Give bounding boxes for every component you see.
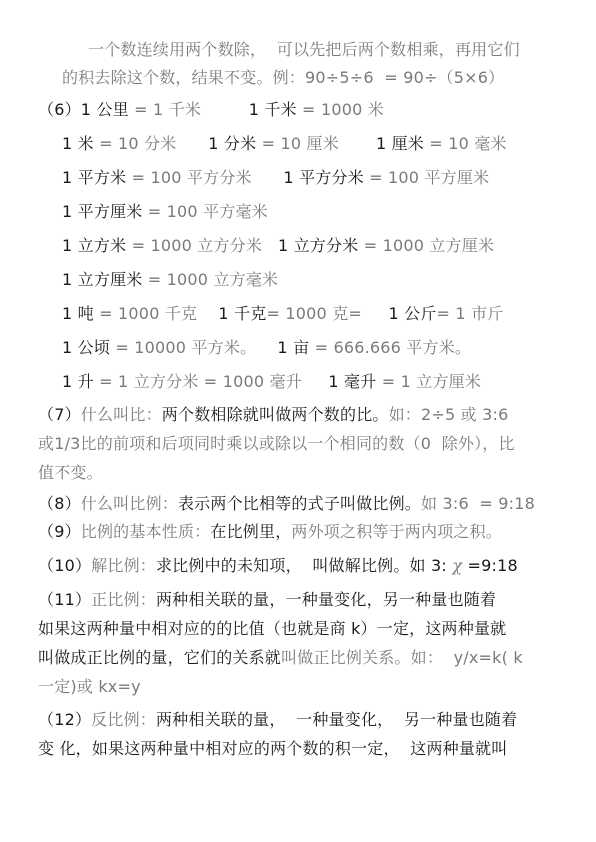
math-variable: χ	[452, 556, 462, 575]
text-emphasis: 1 升	[62, 372, 94, 391]
text-line-s6-9: 1 升 = 1 立方分米 = 1000 毫升 1 毫升 = 1 立方厘米	[62, 372, 481, 392]
text-normal: 两外项之积等于两内项之积。	[291, 522, 502, 541]
text-normal: = 100 平方分米	[126, 168, 251, 187]
text-normal: = 10 厘米	[256, 134, 339, 153]
text-line-s6-2: 1 米 = 10 分米 1 分米 = 10 厘米 1 厘米 = 10 毫米	[62, 134, 507, 154]
text-emphasis: （10）	[38, 556, 91, 575]
text-normal	[177, 134, 209, 153]
text-emphasis: 1 吨	[62, 304, 94, 323]
text-normal: 比例的基本性质：	[81, 522, 211, 541]
text-emphasis: 1 公顷	[62, 338, 110, 357]
text-emphasis: （7）	[38, 405, 81, 424]
text-normal: 什么叫比例：	[81, 494, 178, 513]
text-normal	[362, 304, 388, 323]
text-normal: 解比例：	[91, 556, 156, 575]
text-line-s12-1: （12）反比例：两种相关联的量， 一种量变化， 另一种量也随着	[38, 710, 517, 730]
text-line-s9: （9）比例的基本性质：在比例里，两外项之积等于两内项之积。	[38, 522, 502, 542]
text-emphasis: （8）	[38, 494, 81, 513]
text-normal: 值不变。	[38, 463, 103, 482]
text-emphasis: 1 立方分米	[278, 236, 358, 255]
text-normal	[201, 100, 249, 119]
text-emphasis: 1 米	[62, 134, 94, 153]
text-normal: 一定)或 kx=y	[38, 677, 141, 696]
text-normal: = 100 平方毫米	[142, 202, 267, 221]
text-emphasis: 1 立方厘米	[62, 270, 142, 289]
text-normal: 叫做正比例关系。如： y/x=k( k	[281, 648, 523, 667]
text-normal	[197, 304, 218, 323]
text-emphasis: （12）	[38, 710, 91, 729]
text-emphasis: （6）1 公里	[38, 100, 129, 119]
text-normal: 正比例：	[91, 590, 156, 609]
text-line-s11-1: （11）正比例：两种相关联的量，一种量变化，另一种量也随着	[38, 590, 496, 610]
text-line-s6-1: （6）1 公里 = 1 千米 1 千米 = 1000 米	[38, 100, 384, 120]
text-emphasis: 求比例中的未知项， 叫做解比例。如 3:	[156, 556, 452, 575]
text-line-s6-6: 1 立方厘米 = 1000 立方毫米	[62, 270, 278, 290]
text-line-intro-2: 的积去除这个数，结果不变。例：90÷5÷6 = 90÷（5×6）	[62, 68, 504, 88]
text-emphasis: 1 平方厘米	[62, 202, 142, 221]
text-emphasis: 两种相关联的量，一种量变化，另一种量也随着	[156, 590, 496, 609]
text-normal: = 100 平方厘米	[364, 168, 489, 187]
text-normal: = 1000 立方分米	[126, 236, 262, 255]
text-emphasis: 在比例里，	[210, 522, 291, 541]
text-emphasis: 1 分米	[208, 134, 256, 153]
text-emphasis: 1 立方米	[62, 236, 126, 255]
text-line-s6-7: 1 吨 = 1000 千克 1 千克= 1000 克= 1 公斤= 1 市斤	[62, 304, 504, 324]
text-normal: 的积去除这个数，结果不变。例：90÷5÷6 = 90÷（5×6）	[62, 68, 504, 87]
text-emphasis: 1 公斤	[388, 304, 436, 323]
text-line-s12-2: 变 化，如果这两种量中相对应的两个数的积一定， 这两种量就叫	[38, 739, 507, 759]
text-normal: = 1 立方分米 = 1000 毫升	[94, 372, 302, 391]
text-line-s10: （10）解比例：求比例中的未知项， 叫做解比例。如 3: χ =9:18	[38, 556, 518, 576]
text-normal	[262, 236, 278, 255]
text-normal: = 1 立方厘米	[376, 372, 481, 391]
text-line-s6-5: 1 立方米 = 1000 立方分米 1 立方分米 = 1000 立方厘米	[62, 236, 494, 256]
text-line-s11-3: 叫做成正比例的量，它们的关系就叫做正比例关系。如： y/x=k( k	[38, 648, 523, 668]
text-line-intro-1: 一个数连续用两个数除， 可以先把后两个数相乘，再用它们	[88, 40, 520, 60]
text-normal: 一个数连续用两个数除， 可以先把后两个数相乘，再用它们	[88, 40, 520, 59]
text-line-s7-1: （7）什么叫比：两个数相除就叫做两个数的比。如：2÷5 或 3:6	[38, 405, 509, 425]
text-line-s6-8: 1 公顷 = 10000 平方米。 1 亩 = 666.666 平方米。	[62, 338, 471, 358]
text-normal: = 1000 米	[297, 100, 384, 119]
text-normal: = 666.666 平方米。	[309, 338, 471, 357]
text-emphasis: （11）	[38, 590, 91, 609]
text-line-s8: （8）什么叫比例：表示两个比相等的式子叫做比例。如 3:6 = 9:18	[38, 494, 535, 514]
text-normal: = 10 毫米	[424, 134, 507, 153]
document-page: 一个数连续用两个数除， 可以先把后两个数相乘，再用它们的积去除这个数，结果不变。…	[0, 0, 596, 842]
text-normal: = 10 分米	[94, 134, 177, 153]
text-emphasis: 两个数相除就叫做两个数的比。	[162, 405, 389, 424]
text-emphasis: 1 亩	[277, 338, 309, 357]
text-emphasis: 1 平方分米	[283, 168, 363, 187]
text-emphasis: 表示两个比相等的式子叫做比例。	[178, 494, 421, 513]
text-emphasis: 叫做成正比例的量，它们的关系就	[38, 648, 281, 667]
text-emphasis: 变 化，如果这两种量中相对应的两个数的积一定， 这两种量就叫	[38, 739, 507, 758]
text-normal: = 1000 立方厘米	[358, 236, 494, 255]
text-emphasis: 两种相关联的量， 一种量变化， 另一种量也随着	[156, 710, 517, 729]
text-emphasis: 1 千克	[218, 304, 266, 323]
text-normal: = 1000 千克	[94, 304, 197, 323]
text-line-s7-2: 或1/3比的前项和后项同时乘以或除以一个相同的数（0 除外），比	[38, 434, 515, 454]
text-emphasis: 1 千米	[249, 100, 297, 119]
text-normal	[252, 168, 284, 187]
text-normal: = 10000 平方米。	[110, 338, 256, 357]
text-emphasis: 1 平方米	[62, 168, 126, 187]
text-emphasis: 1 毫升	[328, 372, 376, 391]
text-normal: = 1 市斤	[437, 304, 504, 323]
text-normal	[302, 372, 328, 391]
text-normal	[339, 134, 376, 153]
text-line-s6-3: 1 平方米 = 100 平方分米 1 平方分米 = 100 平方厘米	[62, 168, 489, 188]
text-line-s6-4: 1 平方厘米 = 100 平方毫米	[62, 202, 268, 222]
text-normal: 如：2÷5 或 3:6	[389, 405, 509, 424]
text-normal: = 1000 立方毫米	[142, 270, 278, 289]
text-emphasis: =9:18	[462, 556, 518, 575]
text-normal: 反比例：	[91, 710, 156, 729]
text-normal: = 1 千米	[129, 100, 201, 119]
text-emphasis: 1 厘米	[376, 134, 424, 153]
text-normal: 或1/3比的前项和后项同时乘以或除以一个相同的数（0 除外），比	[38, 434, 515, 453]
text-line-s11-4: 一定)或 kx=y	[38, 677, 141, 697]
text-normal	[256, 338, 277, 357]
text-line-s7-3: 值不变。	[38, 463, 103, 483]
text-normal: = 1000 克=	[267, 304, 363, 323]
text-emphasis: （9）	[38, 522, 81, 541]
text-line-s11-2: 如果这两种量中相对应的的比值（也就是商 k）一定，这两种量就	[38, 619, 506, 639]
text-emphasis: 如果这两种量中相对应的的比值（也就是商 k）一定，这两种量就	[38, 619, 506, 638]
text-normal: 如 3:6 = 9:18	[421, 494, 535, 513]
text-normal: 什么叫比：	[81, 405, 162, 424]
